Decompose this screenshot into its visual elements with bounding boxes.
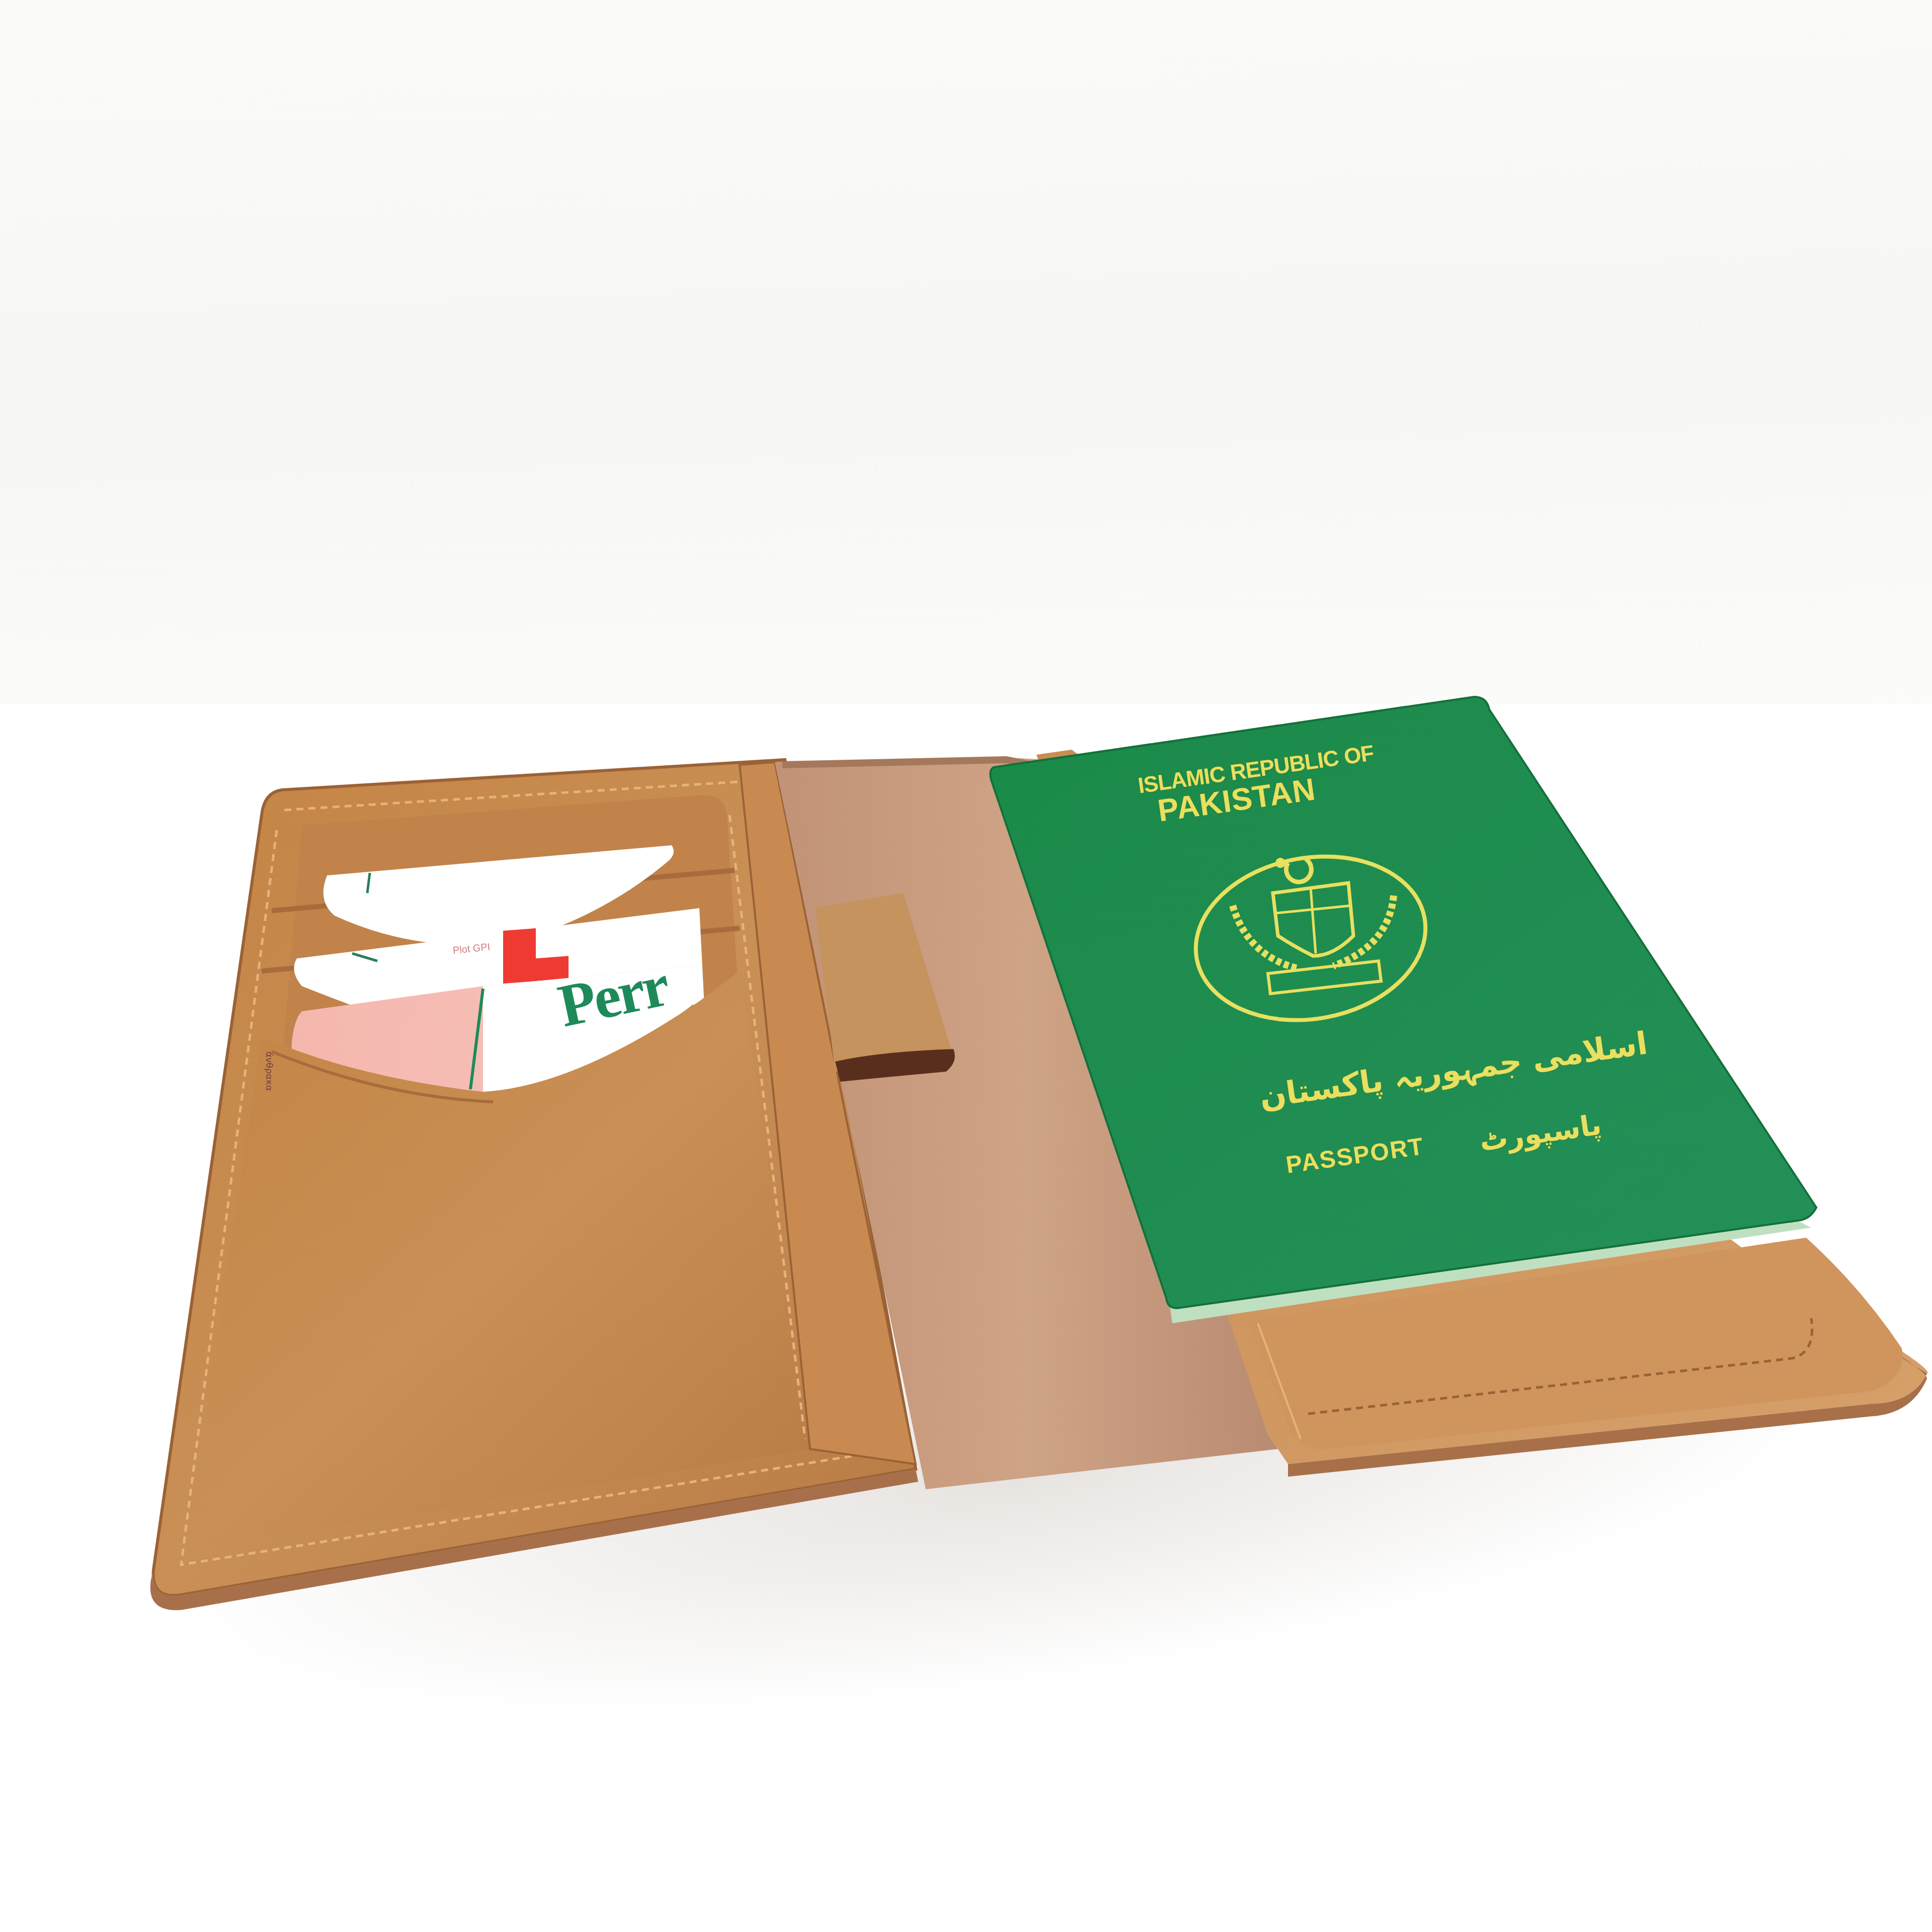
passport-wallet — [0, 0, 1932, 1932]
product-photo: ISLAMIC REPUBLIC OF PAKISTAN اسلامی جمہو… — [0, 0, 1932, 1932]
card-bottom-label: άνθρακα — [264, 1052, 274, 1091]
